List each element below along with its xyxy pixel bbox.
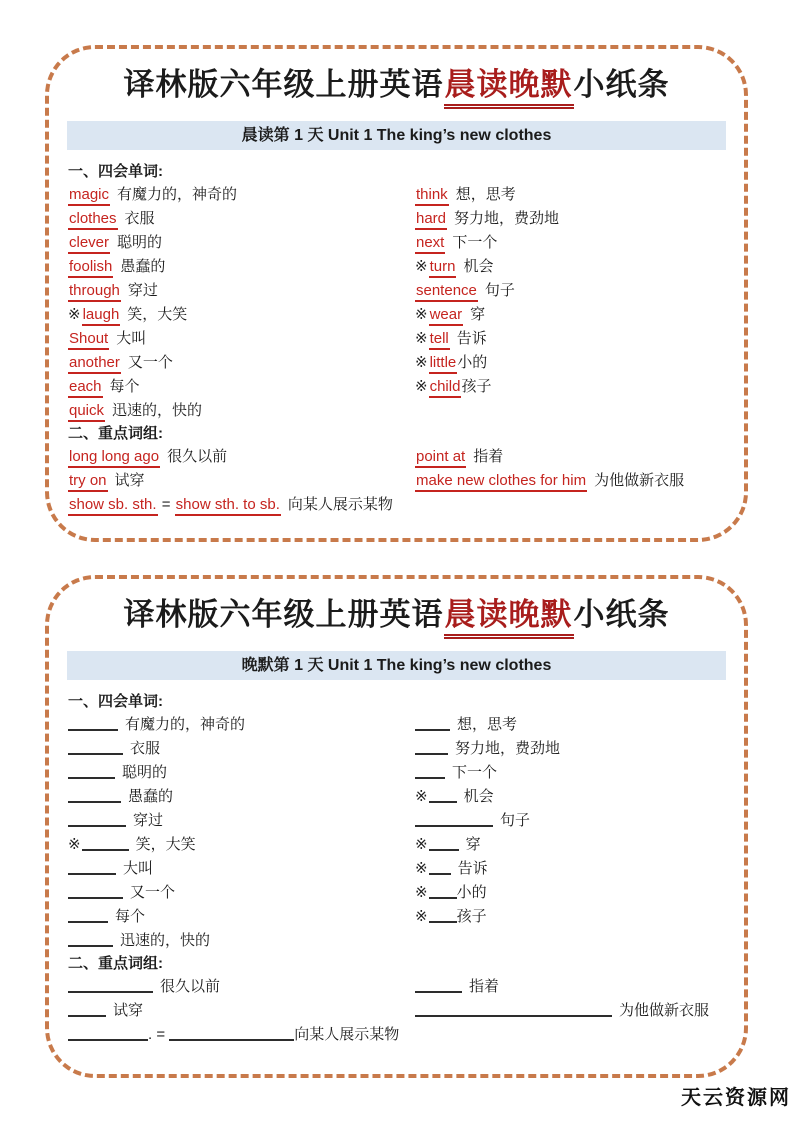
chinese-meaning: 向某人展示某物 (288, 496, 393, 513)
star-icon: ※ (415, 788, 428, 805)
title-prefix: 译林版六年级上册英语 (124, 597, 444, 632)
blank-line (68, 811, 126, 827)
page-title: 译林版六年级上册英语晨读晚默小纸条 (59, 64, 734, 106)
blank-line (68, 1025, 148, 1041)
phrase-right: make new clothes for him为他做新衣服 (415, 469, 725, 493)
english-word: foolish (68, 258, 113, 278)
english-word: clothes (68, 210, 118, 230)
title-suffix: 小纸条 (574, 67, 670, 102)
english-word: wear (429, 306, 464, 326)
chinese-meaning: 想，思考 (456, 186, 516, 203)
unit-banner: 晨读第 1 天 Unit 1 The king’s new clothes (67, 121, 726, 150)
title-suffix: 小纸条 (574, 597, 670, 632)
vocab-row: ※turn机会 (415, 255, 725, 279)
page-title: 译林版六年级上册英语晨读晚默小纸条 (59, 594, 734, 636)
english-word: Shout (68, 330, 109, 350)
english-word: clever (68, 234, 110, 254)
vocab-row: 努力地，费劲地 (415, 737, 725, 761)
phrase-row-full: . = 向某人展示某物 (68, 1023, 725, 1047)
chinese-meaning: 句子 (485, 282, 515, 299)
chinese-meaning: 每个 (110, 378, 140, 395)
blank-line (68, 763, 115, 779)
chinese-meaning: 想，思考 (457, 716, 517, 733)
phrase-row: 试穿为他做新衣服 (68, 999, 725, 1023)
blank-line (68, 977, 153, 993)
vocab-row: ※tell告诉 (415, 327, 725, 351)
vocab-row: ※穿 (415, 833, 725, 857)
chinese-meaning: 很久以前 (160, 978, 220, 995)
vocab-row: another又一个 (68, 351, 415, 375)
english-word: through (68, 282, 121, 302)
chinese-meaning: 指着 (469, 978, 499, 995)
english-word: quick (68, 402, 105, 422)
chinese-meaning: 句子 (500, 812, 530, 829)
unit-banner: 晚默第 1 天 Unit 1 The king’s new clothes (67, 651, 726, 680)
english-word: tell (429, 330, 450, 350)
chinese-meaning: 告诉 (458, 860, 488, 877)
star-icon: ※ (415, 378, 428, 395)
chinese-meaning: 愚蠢的 (120, 258, 165, 275)
text-fragment: = (158, 496, 175, 513)
phrase-right: point at指着 (415, 445, 725, 469)
chinese-meaning: 努力地，费劲地 (454, 210, 559, 227)
chinese-meaning: 下一个 (452, 764, 497, 781)
chinese-meaning: 穿过 (133, 812, 163, 829)
morning-reading-card: 译林版六年级上册英语晨读晚默小纸条 晨读第 1 天 Unit 1 The kin… (45, 45, 748, 542)
english-word: try on (68, 472, 108, 492)
vocab-row: ※laugh笑，大笑 (68, 303, 415, 327)
chinese-meaning: 衣服 (125, 210, 155, 227)
chinese-meaning: 告诉 (457, 330, 487, 347)
vocab-row: ※机会 (415, 785, 725, 809)
chinese-meaning: 大叫 (123, 860, 153, 877)
title-highlight: 晨读晚默 (444, 597, 574, 639)
blank-line (415, 977, 462, 993)
chinese-meaning: 有魔力的，神奇的 (125, 716, 245, 733)
card-body: 一、四会单词: 有魔力的，神奇的衣服聪明的愚蠢的穿过※笑，大笑大叫又一个每个迅速… (49, 680, 744, 1047)
section-label-words: 一、四会单词: (68, 161, 725, 183)
chinese-meaning: 机会 (464, 788, 494, 805)
phrase-row: try on试穿make new clothes for him为他做新衣服 (68, 469, 725, 493)
vocab-row: Shout大叫 (68, 327, 415, 351)
text-fragment: . = (148, 1026, 169, 1043)
vocab-row: 下一个 (415, 761, 725, 785)
vocab-row: 每个 (68, 905, 415, 929)
phrase-row: 很久以前指着 (68, 975, 725, 999)
chinese-meaning: 笑，大笑 (136, 836, 196, 853)
english-word: laugh (82, 306, 121, 326)
site-watermark: 天云资源网 (681, 1081, 791, 1110)
phrase-row-full: show sb. sth. = show sth. to sb.向某人展示某物 (68, 493, 725, 517)
vocab-row: through穿过 (68, 279, 415, 303)
english-word: point at (415, 448, 466, 468)
english-word: turn (429, 258, 457, 278)
chinese-meaning: 又一个 (130, 884, 175, 901)
english-word: show sb. sth. (68, 496, 158, 516)
blank-line (415, 739, 448, 755)
title-highlight: 晨读晚默 (444, 67, 574, 109)
vocab-row: 衣服 (68, 737, 415, 761)
english-word: next (415, 234, 445, 254)
star-icon: ※ (415, 836, 428, 853)
chinese-meaning: 试穿 (115, 472, 145, 489)
blank-line (415, 715, 450, 731)
blank-line (68, 787, 121, 803)
chinese-meaning: 穿 (466, 836, 481, 853)
english-word: little (429, 354, 458, 374)
evening-dictation-card: 译林版六年级上册英语晨读晚默小纸条 晚默第 1 天 Unit 1 The kin… (45, 575, 748, 1078)
vocab-row: each每个 (68, 375, 415, 399)
vocab-row: ※笑，大笑 (68, 833, 415, 857)
vocab-row: foolish愚蠢的 (68, 255, 415, 279)
card-body: 一、四会单词: magic有魔力的，神奇的clothes衣服clever聪明的f… (49, 150, 744, 517)
chinese-meaning: 每个 (115, 908, 145, 925)
chinese-meaning: 努力地，费劲地 (455, 740, 560, 757)
section-label-words: 一、四会单词: (68, 691, 725, 713)
vocab-row: magic有魔力的，神奇的 (68, 183, 415, 207)
chinese-meaning: 试穿 (113, 1002, 143, 1019)
english-word: show sth. to sb. (175, 496, 281, 516)
chinese-meaning: 很久以前 (167, 448, 227, 465)
chinese-meaning: 聪明的 (117, 234, 162, 251)
blank-line (68, 907, 108, 923)
chinese-meaning: 穿 (470, 306, 485, 323)
english-word: long long ago (68, 448, 160, 468)
star-icon: ※ (415, 860, 428, 877)
chinese-meaning: 机会 (463, 258, 493, 275)
section-label-phrases: 二、重点词组: (68, 423, 725, 445)
phrase-left: 很久以前 (68, 975, 415, 999)
phrase-list: long long ago很久以前point at指着try on试穿make … (68, 445, 725, 517)
english-word: another (68, 354, 121, 374)
vocab-row: 想，思考 (415, 713, 725, 737)
chinese-meaning: 迅速的，快的 (120, 932, 210, 949)
blank-line (68, 715, 118, 731)
vocab-column-left: 有魔力的，神奇的衣服聪明的愚蠢的穿过※笑，大笑大叫又一个每个迅速的，快的 (68, 713, 415, 953)
blank-line (429, 859, 451, 875)
vocab-row: 句子 (415, 809, 725, 833)
english-word: make new clothes for him (415, 472, 587, 492)
vocab-row: 聪明的 (68, 761, 415, 785)
chinese-meaning: 聪明的 (122, 764, 167, 781)
blank-line (68, 931, 113, 947)
blank-line (429, 883, 457, 899)
chinese-meaning: 下一个 (452, 234, 497, 251)
phrase-left: 试穿 (68, 999, 415, 1023)
star-icon: ※ (415, 258, 428, 275)
vocab-column-right: 想，思考努力地，费劲地下一个※机会句子※穿※告诉※小的※孩子 (415, 713, 725, 953)
vocab-row: ※告诉 (415, 857, 725, 881)
chinese-meaning: 向某人展示某物 (294, 1026, 399, 1043)
vocab-row: clothes衣服 (68, 207, 415, 231)
vocab-row: 愚蠢的 (68, 785, 415, 809)
blank-line (68, 883, 123, 899)
chinese-meaning: 迅速的，快的 (112, 402, 202, 419)
title-prefix: 译林版六年级上册英语 (124, 67, 444, 102)
chinese-meaning: 孩子 (457, 908, 487, 925)
blank-line (415, 763, 445, 779)
star-icon: ※ (68, 836, 81, 853)
phrase-left: try on试穿 (68, 469, 415, 493)
vocab-column-left: magic有魔力的，神奇的clothes衣服clever聪明的foolish愚蠢… (68, 183, 415, 423)
blank-line (429, 907, 457, 923)
vocab-row: next下一个 (415, 231, 725, 255)
english-word: sentence (415, 282, 478, 302)
chinese-meaning: 为他做新衣服 (619, 1002, 709, 1019)
vocab-row: 迅速的，快的 (68, 929, 415, 953)
section-label-phrases: 二、重点词组: (68, 953, 725, 975)
chinese-meaning: 衣服 (130, 740, 160, 757)
vocab-row: 穿过 (68, 809, 415, 833)
english-word: magic (68, 186, 110, 206)
chinese-meaning: 愚蠢的 (128, 788, 173, 805)
chinese-meaning: 有魔力的，神奇的 (117, 186, 237, 203)
star-icon: ※ (415, 908, 428, 925)
blank-line (82, 835, 129, 851)
vocab-column-right: think想，思考hard努力地，费劲地next下一个※turn机会senten… (415, 183, 725, 423)
chinese-meaning: 为他做新衣服 (594, 472, 684, 489)
blank-line (68, 859, 116, 875)
chinese-meaning: 笑，大笑 (127, 306, 187, 323)
star-icon: ※ (415, 884, 428, 901)
vocab-row: think想，思考 (415, 183, 725, 207)
phrase-list: 很久以前指着试穿为他做新衣服. = 向某人展示某物 (68, 975, 725, 1047)
blank-line (429, 835, 459, 851)
chinese-meaning: 孩子 (461, 378, 491, 395)
vocab-row: hard努力地，费劲地 (415, 207, 725, 231)
vocab-columns: magic有魔力的，神奇的clothes衣服clever聪明的foolish愚蠢… (68, 183, 725, 423)
vocab-columns: 有魔力的，神奇的衣服聪明的愚蠢的穿过※笑，大笑大叫又一个每个迅速的，快的 想，思… (68, 713, 725, 953)
star-icon: ※ (415, 330, 428, 347)
star-icon: ※ (68, 306, 81, 323)
blank-line (169, 1025, 294, 1041)
chinese-meaning: 指着 (473, 448, 503, 465)
blank-line (429, 787, 457, 803)
star-icon: ※ (415, 354, 428, 371)
vocab-row: 有魔力的，神奇的 (68, 713, 415, 737)
chinese-meaning: 又一个 (128, 354, 173, 371)
vocab-row: ※child孩子 (415, 375, 725, 399)
blank-line (415, 811, 493, 827)
blank-line (68, 739, 123, 755)
vocab-row: ※little小的 (415, 351, 725, 375)
phrase-left: long long ago很久以前 (68, 445, 415, 469)
phrase-row: long long ago很久以前point at指着 (68, 445, 725, 469)
phrase-right: 为他做新衣服 (415, 999, 725, 1023)
vocab-row: ※孩子 (415, 905, 725, 929)
vocab-row: ※wear穿 (415, 303, 725, 327)
chinese-meaning: 小的 (457, 884, 487, 901)
chinese-meaning: 穿过 (128, 282, 158, 299)
vocab-row: ※小的 (415, 881, 725, 905)
english-word: think (415, 186, 449, 206)
english-word: child (429, 378, 462, 398)
vocab-row: 又一个 (68, 881, 415, 905)
vocab-row: 大叫 (68, 857, 415, 881)
chinese-meaning: 大叫 (116, 330, 146, 347)
english-word: each (68, 378, 103, 398)
blank-line (68, 1001, 106, 1017)
vocab-row: quick迅速的，快的 (68, 399, 415, 423)
english-word: hard (415, 210, 447, 230)
phrase-right: 指着 (415, 975, 725, 999)
vocab-row: clever聪明的 (68, 231, 415, 255)
star-icon: ※ (415, 306, 428, 323)
blank-line (415, 1001, 612, 1017)
chinese-meaning: 小的 (457, 354, 487, 371)
vocab-row: sentence句子 (415, 279, 725, 303)
